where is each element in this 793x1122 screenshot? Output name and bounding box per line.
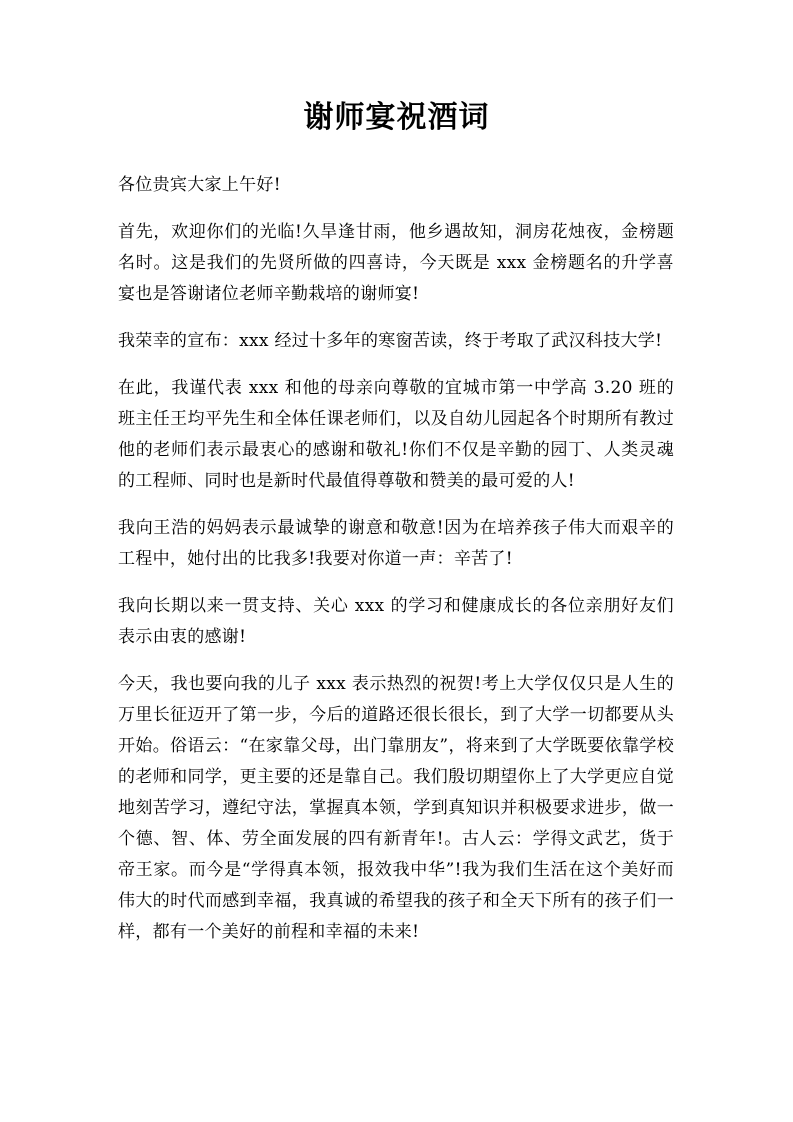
paragraph-thanks-friends: 我向长期以来一贯支持、关心 xxx 的学习和健康成长的各位亲朋好友们表示由衷的感… [118,591,674,653]
paragraph-thanks-mother: 我向王浩的妈妈表示最诚挚的谢意和敬意!因为在培养孩子伟大而艰辛的工程中，她付出的… [118,513,674,575]
document-title: 谢师宴祝酒词 [0,96,793,140]
paragraph-greeting: 各位贵宾大家上午好! [118,170,674,201]
document-body: 各位贵宾大家上午好! 首先，欢迎你们的光临!久旱逢甘雨，他乡遇故知，洞房花烛夜，… [118,170,674,964]
paragraph-thanks-teachers: 在此，我谨代表 xxx 和他的母亲向尊敬的宜城市第一中学高 3.20 班的班主任… [118,373,674,497]
paragraph-welcome: 首先，欢迎你们的光临!久旱逢甘雨，他乡遇故知，洞房花烛夜，金榜题名时。这是我们的… [118,217,674,310]
document-page: 谢师宴祝酒词 各位贵宾大家上午好! 首先，欢迎你们的光临!久旱逢甘雨，他乡遇故知… [0,0,793,1122]
paragraph-announcement: 我荣幸的宣布：xxx 经过十多年的寒窗苦读，终于考取了武汉科技大学! [118,326,674,357]
paragraph-wishes-son: 今天，我也要向我的儿子 xxx 表示热烈的祝贺!考上大学仅仅只是人生的万里长征迈… [118,669,674,948]
